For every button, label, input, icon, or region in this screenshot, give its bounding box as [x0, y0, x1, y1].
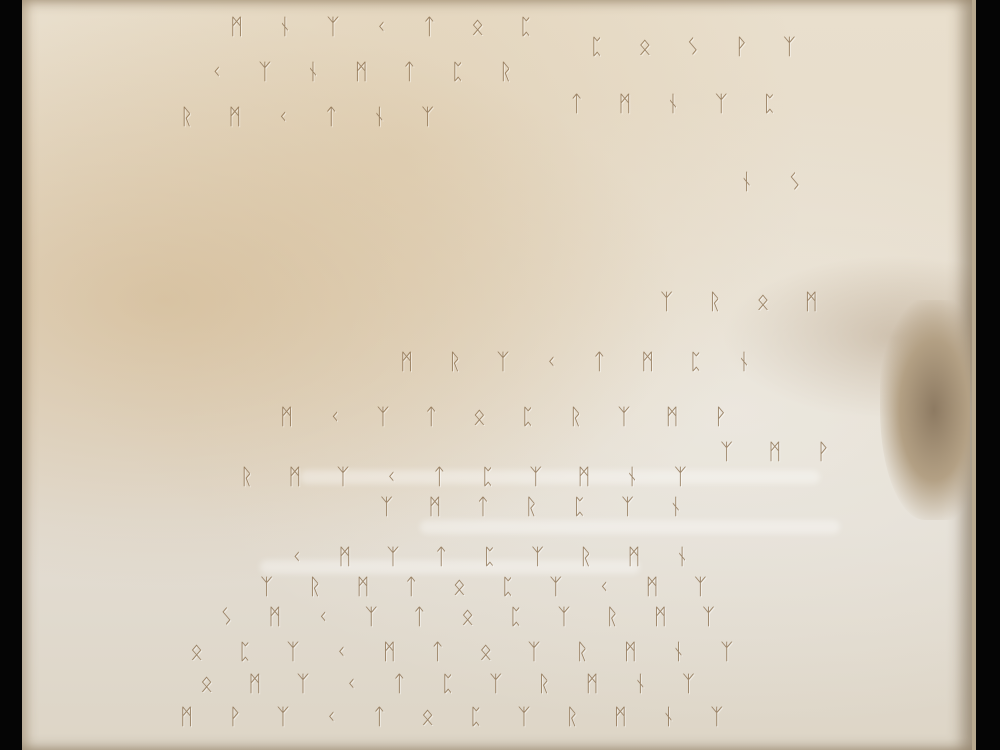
inscription-row: ᚲ ᛉ ᚾ ᛗ ᛏ ᛈ ᚱ — [210, 60, 526, 85]
inscription-row: ᛗ ᚹ ᛉ ᚲ ᛏ ᛟ ᛈ ᛉ ᚱ ᛗ ᚾ ᛉ — [180, 705, 737, 730]
inscription-row: ᛟ ᛗ ᛉ ᚲ ᛏ ᛈ ᛉ ᚱ ᛗ ᚾ ᛉ — [200, 672, 709, 697]
inscription-row: ᛉ ᚱ ᛟ ᛗ — [660, 290, 832, 315]
inscription-row: ᛗ ᚲ ᛉ ᛏ ᛟ ᛈ ᚱ ᛉ ᛗ ᚹ — [280, 405, 741, 430]
inscription-row: ᛗ ᚱ ᛉ ᚲ ᛏ ᛗ ᛈ ᚾ — [400, 350, 765, 375]
inscription-row: ᛈ ᛟ ᛊ ᚹ ᛉ — [590, 35, 810, 60]
inscription-row: ᛉ ᛗ ᛏ ᚱ ᛈ ᛉ ᚾ — [380, 495, 696, 520]
inscription-row: ᚾ ᛊ — [740, 170, 815, 195]
inscription-row: ᚱ ᛗ ᛉ ᚲ ᛏ ᛈ ᛉ ᛗ ᚾ ᛉ — [240, 465, 701, 490]
inscription-row: ᚲ ᛗ ᛉ ᛏ ᛈ ᛉ ᚱ ᛗ ᚾ — [290, 545, 703, 570]
inscription-row: ᛏ ᛗ ᚾ ᛉ ᛈ — [570, 92, 790, 117]
inscription-row: ᛊ ᛗ ᚲ ᛉ ᛏ ᛟ ᛈ ᛉ ᚱ ᛗ ᛉ — [220, 605, 729, 630]
inscription-row: ᚱ ᛗ ᚲ ᛏ ᚾ ᛉ — [180, 105, 448, 130]
inscription-row: ᛉ ᛗ ᚹ — [720, 440, 844, 465]
inscription: ᛗ ᚾ ᛉ ᚲ ᛏ ᛟ ᛈᛈ ᛟ ᛊ ᚹ ᛉᚲ ᛉ ᚾ ᛗ ᛏ ᛈ ᚱᛏ ᛗ ᚾ… — [0, 0, 1000, 750]
inscription-row: ᛟ ᛈ ᛉ ᚲ ᛗ ᛏ ᛟ ᛉ ᚱ ᛗ ᚾ ᛉ — [190, 640, 747, 665]
inscription-row: ᛗ ᚾ ᛉ ᚲ ᛏ ᛟ ᛈ — [230, 15, 546, 40]
inscription-row: ᛉ ᚱ ᛗ ᛏ ᛟ ᛈ ᛉ ᚲ ᛗ ᛉ — [260, 575, 721, 600]
